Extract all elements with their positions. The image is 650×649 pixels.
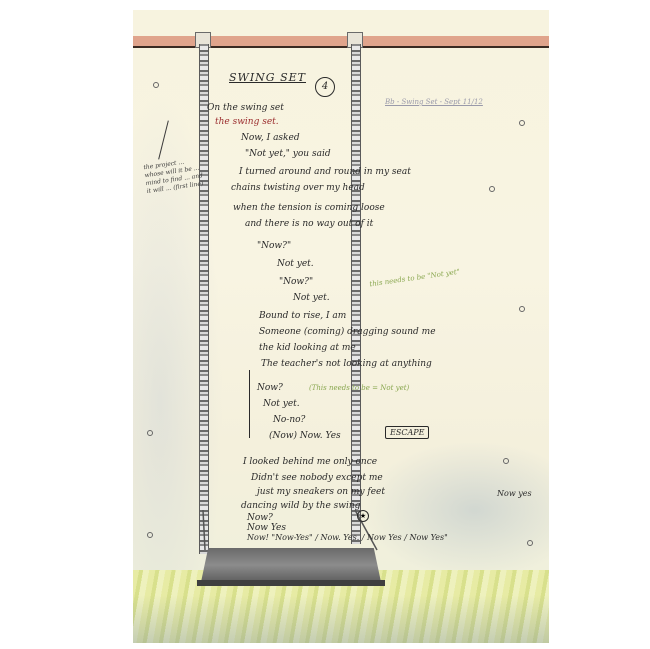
- lyric-line: Bound to rise, I am: [259, 310, 346, 322]
- lyric-line: the kid looking at me: [259, 342, 356, 354]
- faint-header-note: Bb - Swing Set - Sept 11/12: [385, 96, 483, 108]
- escape-label: ESCAPE: [385, 426, 429, 439]
- lyric-line: Now?: [257, 382, 283, 394]
- green-annotation: (This needs to be = Not yet): [309, 382, 409, 394]
- lyric-line: Not yet.: [293, 292, 330, 304]
- lyric-line: dancing wild by the swing: [241, 500, 360, 512]
- lyric-line: chains twisting over my head: [231, 182, 365, 194]
- dot-decoration: [153, 82, 159, 88]
- lyric-line: I looked behind me only once: [243, 456, 377, 468]
- right-note: Now yes: [497, 488, 532, 500]
- lyric-line: I turned around and round in my seat: [239, 166, 411, 178]
- dot-decoration: [519, 120, 525, 126]
- lyric-line: Not yet.: [263, 398, 300, 410]
- lyric-line: Not yet.: [277, 258, 314, 270]
- dot-decoration: [147, 532, 153, 538]
- dot-decoration: [503, 458, 509, 464]
- lyric-line: No-no?: [273, 414, 305, 426]
- lyric-line: and there is no way out of it: [245, 218, 373, 230]
- star-icon: ★: [357, 510, 369, 522]
- bracket-mark: [249, 370, 250, 438]
- dot-decoration: [527, 540, 533, 546]
- dot-decoration: [147, 430, 153, 436]
- lyric-line: just my sneakers on my feet: [257, 486, 385, 498]
- lyric-line: The teacher's not looking at anything: [261, 358, 432, 370]
- dot-decoration: [519, 306, 525, 312]
- lyric-line: the swing set.: [215, 116, 279, 128]
- lyric-line: when the tension is coming loose: [233, 202, 385, 214]
- lyric-line: "Now?": [279, 276, 313, 288]
- lyric-line: Now! "Now-Yes" / Now. Yes. / Now Yes / N…: [247, 532, 448, 544]
- lyrics-title: SWING SET: [229, 72, 306, 84]
- grass-shadow: [133, 595, 549, 643]
- lyric-line: On the swing set: [207, 102, 284, 114]
- artwork-canvas: SWING SET 4 Bb - Swing Set - Sept 11/12 …: [133, 10, 549, 643]
- lyric-line: "Not yet," you said: [245, 148, 331, 160]
- lyric-line: Someone (coming) dragging sound me: [259, 326, 436, 338]
- dot-decoration: [489, 186, 495, 192]
- lyric-line: (Now) Now. Yes: [269, 430, 341, 442]
- page-number: 4: [315, 77, 335, 97]
- lyric-line: "Now?": [257, 240, 291, 252]
- lyric-line: Now, I asked: [241, 132, 300, 144]
- lyric-line: Didn't see nobody except me: [251, 472, 383, 484]
- swing-seat: [201, 548, 381, 582]
- swing-seat-edge: [197, 580, 385, 586]
